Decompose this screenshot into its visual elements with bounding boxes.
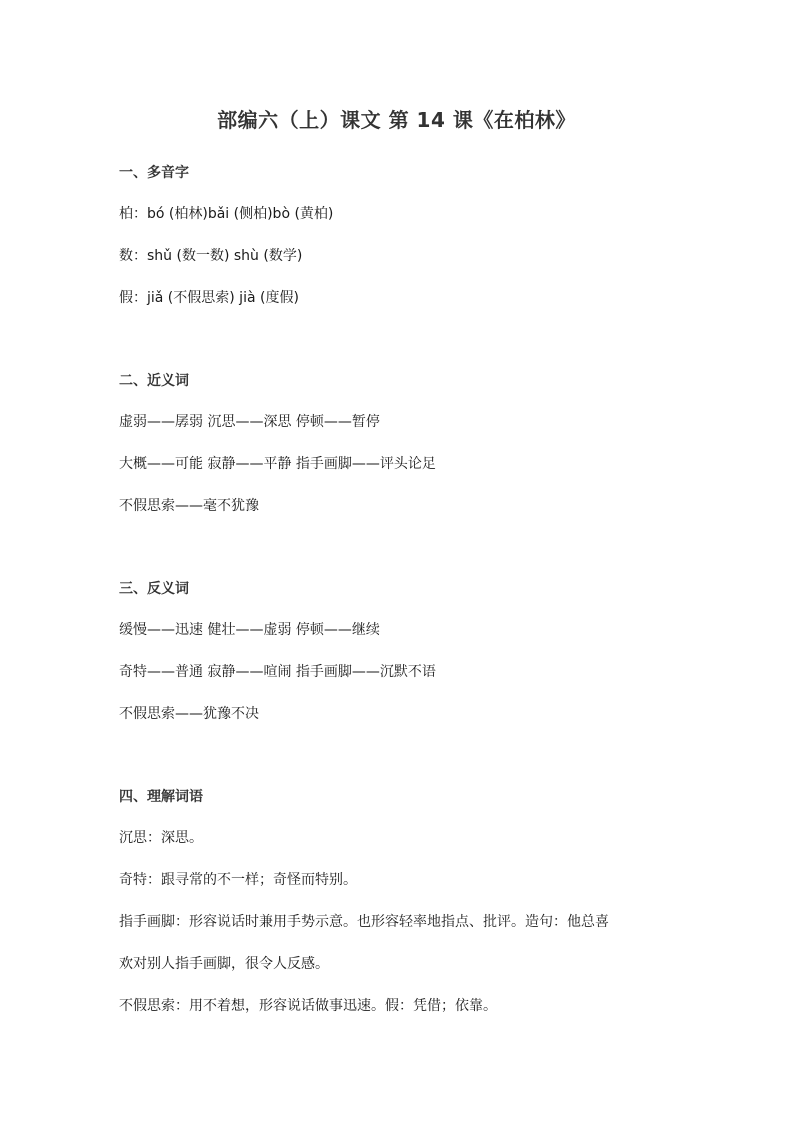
definition-line: 沉思：深思。 — [119, 829, 203, 847]
definition-line: 指手画脚：形容说话时兼用手势示意。也形容轻率地指点、批评。造句：他总喜 — [119, 913, 609, 931]
synonym-line: 虚弱——孱弱 沉思——深思 停顿——暂停 — [119, 413, 380, 431]
antonym-line: 奇特——普通 寂静——喧闹 指手画脚——沉默不语 — [119, 663, 436, 681]
document-page: 部编六（上）课文 第 14 课《在柏林》 一、多音字 柏：bó (柏林)bǎi … — [0, 0, 793, 1122]
definition-line: 欢对别人指手画脚，很令人反感。 — [119, 955, 329, 973]
section-heading-synonyms: 二、近义词 — [119, 372, 189, 390]
page-title: 部编六（上）课文 第 14 课《在柏林》 — [0, 104, 793, 133]
synonym-line: 大概——可能 寂静——平静 指手画脚——评头论足 — [119, 455, 436, 473]
definition-line: 奇特：跟寻常的不一样；奇怪而特别。 — [119, 871, 357, 889]
antonym-line: 不假思索——犹豫不决 — [119, 705, 259, 723]
antonym-line: 缓慢——迅速 健壮——虚弱 停顿——继续 — [119, 621, 380, 639]
section-heading-polyphones: 一、多音字 — [119, 164, 189, 182]
polyphone-line: 柏：bó (柏林)bǎi (侧柏)bò (黄柏) — [119, 205, 333, 223]
section-heading-word-meanings: 四、理解词语 — [119, 788, 203, 806]
polyphone-line: 数：shǔ (数一数) shù (数学) — [119, 247, 302, 265]
definition-line: 不假思索：用不着想，形容说话做事迅速。假：凭借；依靠。 — [119, 997, 497, 1015]
section-heading-antonyms: 三、反义词 — [119, 580, 189, 598]
polyphone-line: 假：jiǎ (不假思索) jià (度假) — [119, 289, 299, 307]
synonym-line: 不假思索——毫不犹豫 — [119, 497, 259, 515]
